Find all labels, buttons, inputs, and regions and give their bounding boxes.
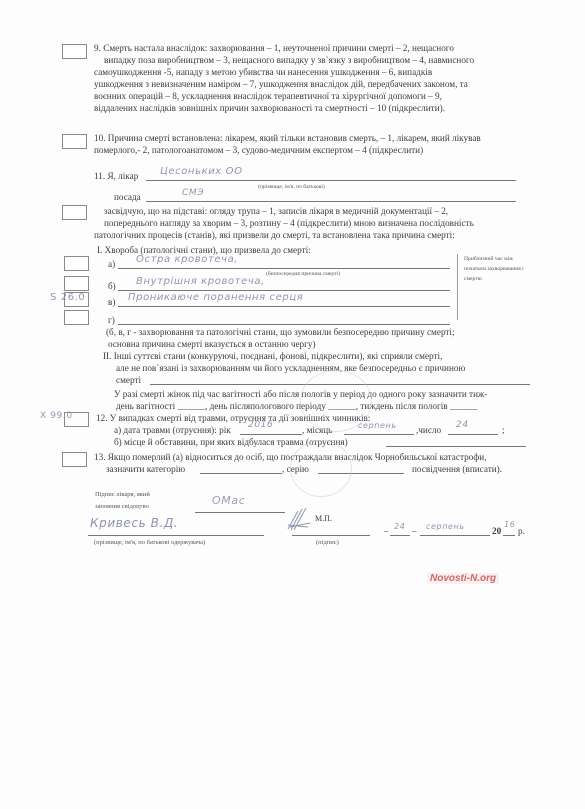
position-line [146, 201, 516, 202]
item11-text-line: патологічних процесів (станів), які приз… [94, 229, 455, 241]
row-c-value[interactable]: Проникаюче поранення серця [128, 292, 303, 303]
doctor-signature-value[interactable]: ОМас [212, 494, 245, 507]
position-label: посада [114, 191, 141, 203]
doctor-label: 11. Я, лікар [94, 170, 138, 182]
section2-line: смерті [116, 374, 141, 386]
section2-line: II. Інші суттєві стани (конкуруючі, поєд… [103, 350, 442, 362]
row-b-line [118, 290, 450, 291]
doctor-name-value[interactable]: Цесоньких ОО [160, 166, 243, 177]
row-a-line [118, 268, 450, 269]
item11-text-line: засвідчую, що на підставі: огляду трупа … [104, 205, 448, 217]
semicolon: ; [502, 424, 505, 436]
row-a-value[interactable]: Остра кровотеча, [136, 254, 238, 265]
stamp-mark [290, 440, 352, 497]
row-b-code-box[interactable] [64, 276, 89, 291]
row-b-label: б) [108, 280, 116, 292]
item9-text-line: віддалених наслідків зовнішніх причин за… [94, 102, 445, 114]
date-year-unit: р. [518, 525, 525, 537]
watermark: Novosti-N.org [427, 573, 499, 584]
date-month-value[interactable]: серпень [426, 522, 465, 531]
date-year-prefix: 20 [492, 525, 501, 537]
trauma-month-line [344, 434, 414, 435]
note-line: основна причина смерті вказується в оста… [108, 338, 316, 350]
date-dash: – [412, 525, 417, 537]
date-month-line [420, 535, 490, 536]
doctor-signature-label: заповнив свідоцтво [95, 503, 149, 511]
item11-text-line: попереднього нагляду за хворим – 3, розт… [104, 217, 474, 229]
row-b-value[interactable]: Внутрішня кровотеча, [136, 276, 265, 287]
row-c-code-box[interactable] [64, 292, 89, 307]
trauma-day-value[interactable]: 24 [456, 420, 469, 430]
trauma-day-label: ,число [416, 424, 441, 436]
trauma-day-line [448, 434, 498, 435]
row-c-line [118, 306, 450, 307]
trauma-date-label: а) дата травми (отруєння): рік [114, 424, 231, 436]
date-day-value[interactable]: 24 [394, 522, 405, 531]
row-a-caption: (безпосередня причина смерті) [266, 271, 340, 278]
item9-text-line: 9. Смерть настала внаслідок: захворюванн… [94, 42, 454, 54]
trauma-year-line [240, 434, 302, 435]
interval-note-line: початком захворювання і [464, 266, 524, 273]
category-line [200, 473, 282, 474]
note-line: (б, в, г - захворювання та патологічні с… [106, 326, 455, 338]
item12-code-box[interactable] [64, 412, 89, 427]
doctor-name-caption: (прізвище, ім'я, по батькові) [258, 184, 325, 191]
item13-category-label: зазначити категорію [106, 463, 185, 475]
item9-text-line: самоушкодження -5, нападу з метою убивст… [94, 66, 432, 78]
signature-caption: (підпис) [316, 539, 339, 547]
row-c-label: в) [108, 296, 115, 308]
date-dash: – [384, 525, 389, 537]
item9-text-line: воєнних операцій – 8, ускладнення внаслі… [94, 90, 442, 102]
row-d-label: г) [108, 314, 115, 326]
item13-certificate-label: посвідчення (вписати). [412, 463, 502, 475]
doctor-signature-label: Підпис лікаря, який [95, 491, 150, 499]
row-d-line [118, 324, 450, 325]
trauma-place-line [386, 446, 526, 447]
item9-text-line: ушкодження з невизначеним наміром – 7, у… [94, 78, 468, 90]
row-d-code-box[interactable] [64, 310, 89, 325]
item9-text-line: випадку поза виробництвом – 3, нещасного… [104, 54, 474, 66]
item11-code-box[interactable] [62, 205, 87, 220]
item10-text-line: померлого,- 2, патологоанатомом – 3, суд… [94, 144, 423, 156]
stamp-mark [300, 370, 372, 432]
interval-column: Приблизний час між початком захворювання… [457, 254, 538, 320]
item10-text-line: 10. Причина смерті встановлена: лікарем,… [94, 132, 481, 144]
item10-code-box[interactable] [62, 134, 87, 149]
recipient-name-line [88, 535, 264, 536]
trauma-month-value[interactable]: серпень [358, 421, 397, 430]
date-year-suffix[interactable]: 16 [504, 520, 515, 529]
row-a-label: а) [108, 258, 115, 270]
item9-code-box[interactable] [62, 44, 87, 59]
item13-code-box[interactable] [62, 452, 87, 467]
death-certificate-page: 9. Смерть настала внаслідок: захворюванн… [0, 0, 585, 809]
pregnancy-line: день вагітності ______, день післяполого… [116, 400, 478, 412]
row-a-code-box[interactable] [64, 256, 89, 271]
signature-scribble-icon [286, 505, 312, 533]
recipient-name-value[interactable]: Кривесь В.Д. [90, 516, 178, 530]
date-year-line [503, 535, 515, 536]
date-day-line [390, 535, 410, 536]
recipient-caption: (прізвище, ім'я, по батькові одержувача) [94, 539, 205, 547]
signature-line [292, 535, 370, 536]
doctor-signature-line [195, 512, 285, 513]
section2-line: але не пов`язані із захворюванням чи йог… [116, 362, 465, 374]
doctor-name-line [146, 180, 516, 181]
stamp-label: М.П. [315, 513, 332, 525]
interval-note-line: смертю [464, 276, 482, 283]
position-value[interactable]: СМЭ [182, 188, 204, 198]
interval-note-line: Приблизний час між [464, 256, 513, 263]
trauma-year-value[interactable]: 2016 [248, 420, 273, 430]
